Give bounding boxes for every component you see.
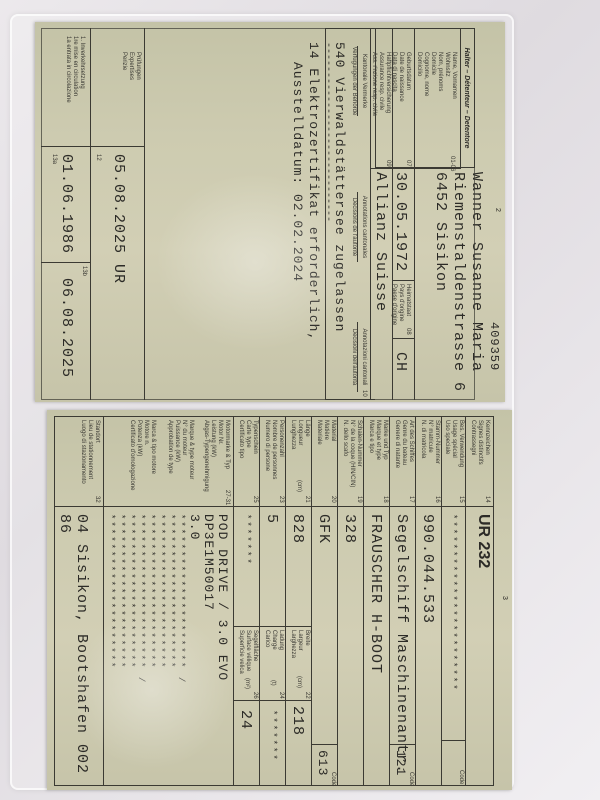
engine-labels-fr: Marque & type moteurN° du moteurPuissanc… [166, 420, 194, 479]
engine-starred-rows: ********************* / ****************… [106, 514, 186, 684]
boat-type-labels: Art des SchiffesGenre du bateauGenere di… [393, 420, 414, 468]
type-cert-labels: TypenscheinCarte typeCertificato tipo [237, 420, 258, 458]
engine-labels-de: Motormarke & TypMotor Nr.Leistung (kW)Ab… [202, 420, 230, 492]
persons-labels: PersonenzahlNombre de personnesNumero di… [263, 420, 284, 479]
material-code: 613 [315, 750, 330, 776]
plate-labels: KennzeichenSignes distinctifsContrassegn… [469, 420, 490, 465]
material-labels: MaterialMatièreMateriale [315, 420, 336, 445]
serial-number: 409359 [487, 322, 501, 371]
boat-type-code: 121 [393, 750, 408, 776]
engine-labels-it: Marca & tipo motoreMotore n.Potenza (kW)… [128, 420, 156, 491]
sail-area-value: 24 [237, 710, 254, 730]
hull-number: 328 [341, 514, 358, 544]
load-value: ******* [268, 710, 278, 762]
width-labels: BreiteLargeurLarghezza [289, 630, 310, 658]
length-value: 828 [289, 514, 306, 544]
boat-type: Segelschiff Maschinenantr. [393, 514, 410, 774]
plate-number: UR 232 [474, 514, 492, 568]
length-labels: LängeLongueurLunghezza [289, 420, 310, 449]
registry-labels: Stamm-NummerN° matriculeN. di matricola [419, 420, 440, 464]
special-use-value: ************************ [448, 514, 458, 692]
load-labels: LadungChargeCarico [263, 630, 284, 650]
width-value: 218 [289, 706, 306, 736]
special-use-labels: Bes. VerwendungUsage spécialUso speciale [443, 420, 464, 467]
page-number: 3 [501, 596, 508, 600]
location-labels: StandortLieu de stationnementLuogo di st… [79, 420, 100, 484]
registry-number: 990.044.533 [419, 514, 436, 624]
make-labels: Marke und TypMarque et typeMarca e tipo [367, 420, 388, 460]
page-3-boat: 3 KennzeichenSignes distinctifsContrasse… [47, 410, 512, 790]
hull-labels: Schalen-NummerN° de la coque (HIN/CIN)N.… [341, 420, 362, 487]
location-value: 04 Sisikon, Bootshafen 002 86 [56, 514, 90, 790]
sail-area-labels: SegelflächeSurface véliqueSuperficie vel… [237, 630, 258, 674]
type-cert-value: ******* [242, 514, 252, 566]
page-number: 2 [494, 208, 501, 212]
material-value: GFK [315, 514, 332, 544]
engine-number: DP3E1M50017 [201, 514, 216, 611]
persons-value: 5 [263, 514, 280, 524]
engine-power: 3.0 [187, 514, 202, 540]
boat-make: FRAUSCHER H-BOOT [367, 514, 384, 674]
engine-make-type: POD DRIVE / 3.0 EVO [215, 514, 230, 681]
page-2-holder: 2 409359 Halter – Détenteur – Detentore … [35, 22, 505, 402]
